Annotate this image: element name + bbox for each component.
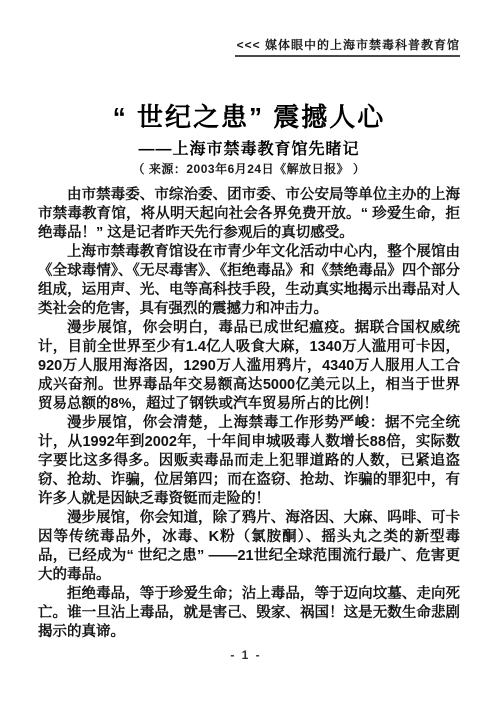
body-paragraph: 漫步展馆，你会清楚，上海禁毒工作形势严峻：据不完全统计，从1992年到2002年… xyxy=(38,414,460,509)
body-paragraph: 上海市禁毒教育馆设在市青少年文化活动中心内，整个展馆由《全球毒情》、《无尽毒害》… xyxy=(38,243,460,319)
page-number: - 1 - xyxy=(0,648,492,662)
article-body: 由市禁毒委、市综治委、团市委、市公安局等单位主办的上海市禁毒教育馆，将从明天起向… xyxy=(38,186,460,642)
document-page: <<< 媒体眼中的上海市禁毒科普教育馆 “ 世纪之患” 震撼人心 ——上海市禁毒… xyxy=(0,0,492,705)
article-subtitle: ——上海市禁毒教育馆先睹记 xyxy=(38,136,460,159)
body-paragraph: 漫步展馆，你会明白，毒品已成世纪瘟疫。据联合国权威统计，目前全世界至少有1.4亿… xyxy=(38,319,460,414)
running-header: <<< 媒体眼中的上海市禁毒科普教育馆 xyxy=(38,36,460,53)
body-paragraph: 漫步展馆，你会知道，除了鸦片、海洛因、大麻、吗啡、可卡因等传统毒品外，冰毒、K粉… xyxy=(38,509,460,585)
header-divider xyxy=(235,55,460,57)
article-source: （ 来源：2003年6月24日《解放日报》 ） xyxy=(38,160,460,177)
body-paragraph: 拒绝毒品，等于珍爱生命；沾上毒品，等于迈向坟墓、走向死亡。谁一旦沾上毒品，就是害… xyxy=(38,585,460,642)
article-title: “ 世纪之患” 震撼人心 xyxy=(38,97,460,134)
body-paragraph: 由市禁毒委、市综治委、团市委、市公安局等单位主办的上海市禁毒教育馆，将从明天起向… xyxy=(38,186,460,243)
